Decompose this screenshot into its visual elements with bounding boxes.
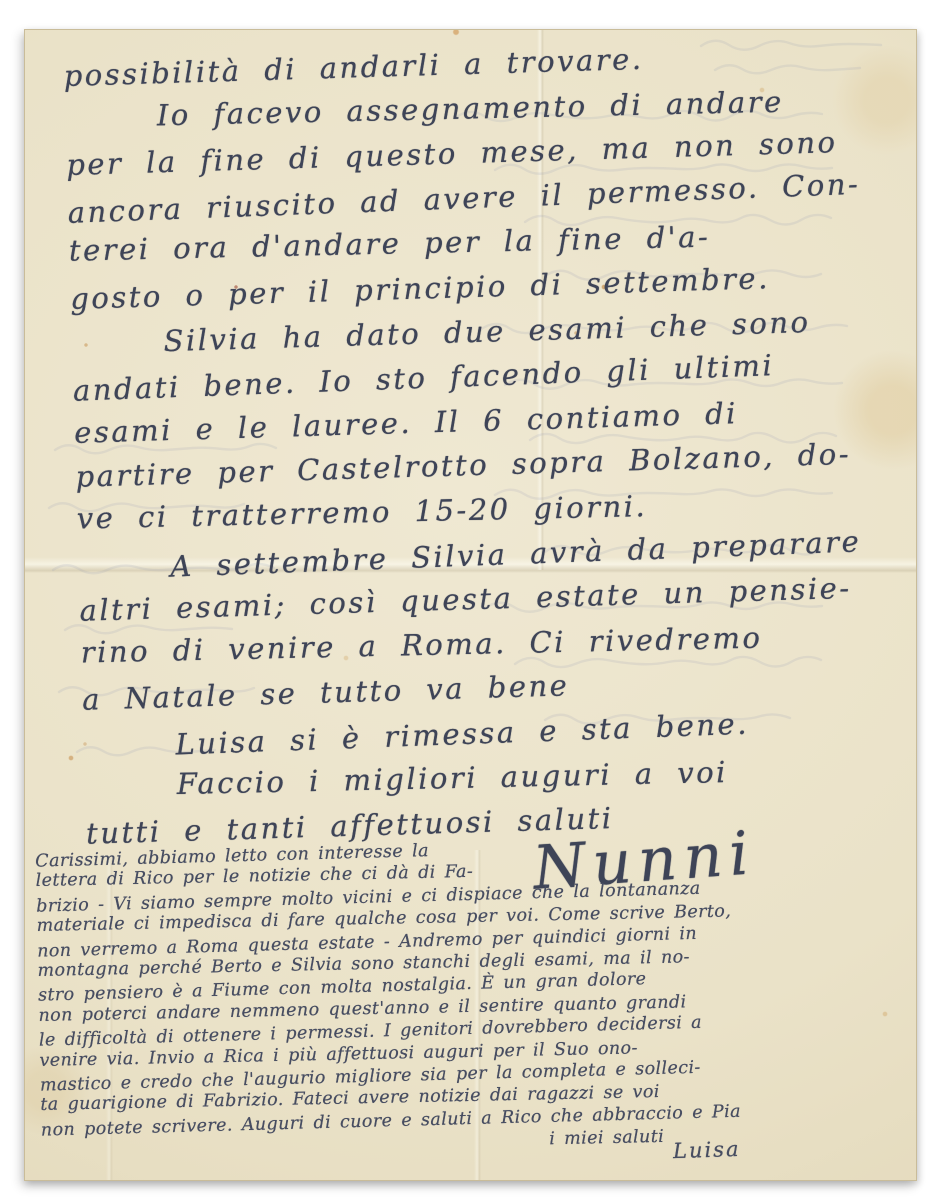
letter-body-main-hand: possibilità di andarli a trovare.Io face… bbox=[63, 29, 922, 856]
scan-background: possibilità di andarli a trovare.Io face… bbox=[0, 0, 928, 1200]
letter-page: possibilità di andarli a trovare.Io face… bbox=[24, 29, 917, 1181]
letter-postscript-second-hand: Carissimi, abbiamo letto con interesse l… bbox=[35, 830, 919, 1162]
signature-second-hand: Luisa bbox=[673, 1137, 741, 1163]
